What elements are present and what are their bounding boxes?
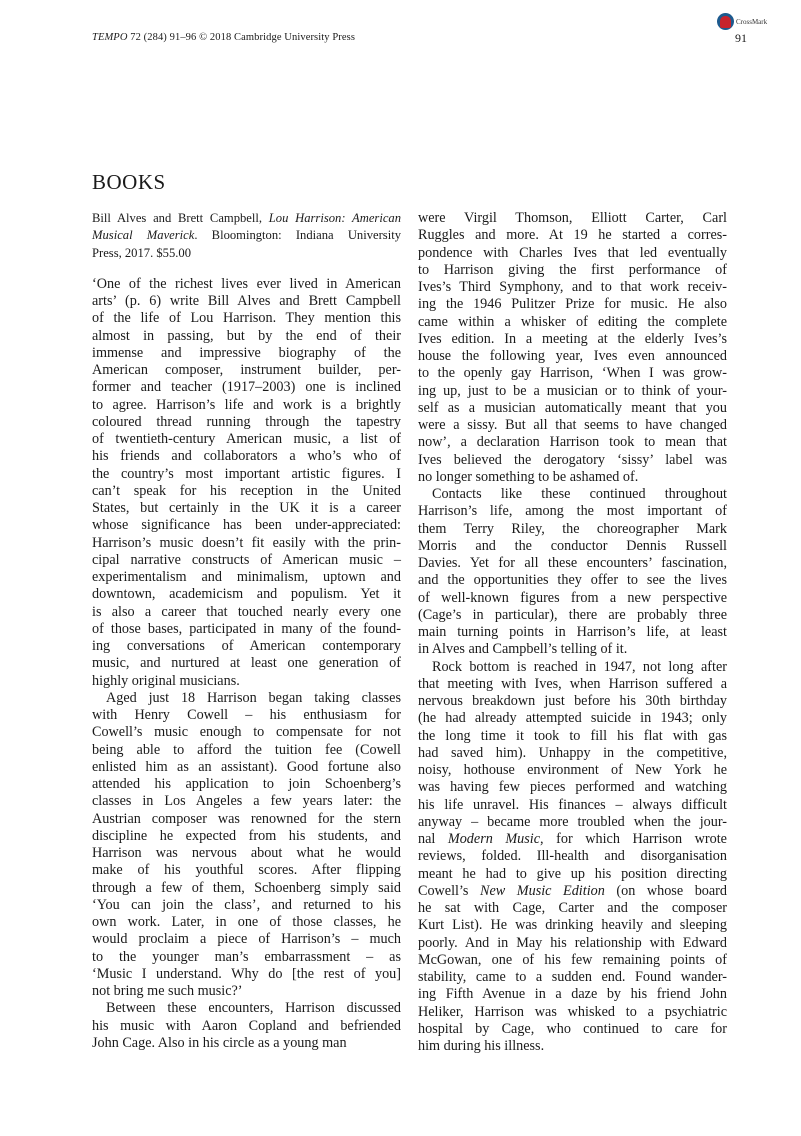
text-line: that meeting with Ives, when Harrison su…	[418, 676, 727, 693]
text-line: almost in passing, but by the end of the…	[92, 328, 401, 345]
text-line: nal Modern Music, for which Harrison wro…	[418, 831, 727, 848]
book-citation: Bill Alves and Brett Campbell, Lou Harri…	[92, 210, 401, 262]
text-line: ‘You can join the class’, and returned t…	[92, 897, 401, 914]
text-line: discipline he expected from his students…	[92, 828, 401, 845]
paragraph: Aged just 18 Harrison began taking class…	[92, 690, 401, 1001]
text-line: of twentieth-century American music, a l…	[92, 431, 401, 448]
text-line: Harrison was nervous about what he would	[92, 845, 401, 862]
text-line: classes in Los Angeles a few years later…	[92, 793, 401, 810]
text-line: now’, a declaration Harrison took to mea…	[418, 434, 727, 451]
crossmark-badge[interactable]: CrossMark	[717, 13, 767, 30]
text-line: would proclaim a piece of Harrison’s – m…	[92, 931, 401, 948]
text-line: of well-known figures from a new perspec…	[418, 590, 727, 607]
text-line: his life unravel. His finances – always …	[418, 797, 727, 814]
text-line: Harrison’s music doesn’t fit easily with…	[92, 535, 401, 552]
right-column-body: were Virgil Thomson, Elliott Carter, Car…	[418, 210, 727, 1055]
text-line: of those bases, participated in many of …	[92, 621, 401, 638]
text-line: former and teacher (1917–2003) one is in…	[92, 379, 401, 396]
text-line: the long time it took to fill his flat w…	[418, 728, 727, 745]
text-line: ing the 1946 Pulitzer Prize for music. H…	[418, 296, 727, 313]
text-line: nervous breakdown just before his 30th b…	[418, 693, 727, 710]
text-line: Harrison’s life, among the most importan…	[418, 503, 727, 520]
text-line: Aged just 18 Harrison began taking class…	[92, 690, 401, 707]
italic-title: Lou Harrison: American	[269, 211, 401, 225]
text-line: were a sissy. But all that seems to have…	[418, 417, 727, 434]
text-line: poorly. And in May his relationship with…	[418, 935, 727, 952]
journal-citation: 72 (284) 91–96 © 2018 Cambridge Universi…	[128, 32, 356, 43]
paragraph: Rock bottom is reached in 1947, not long…	[418, 659, 727, 1056]
italic-title: Modern Music	[448, 831, 540, 847]
text-line: the country’s most important artistic fi…	[92, 466, 401, 483]
text-line: Ives’s Third Symphony, and to that work …	[418, 279, 727, 296]
running-head: TEMPO 72 (284) 91–96 © 2018 Cambridge Un…	[92, 32, 355, 43]
citation-line: Musical Maverick. Bloomington: Indiana U…	[92, 227, 401, 244]
text-line: Ruggles and more. At 19 he started a cor…	[418, 227, 727, 244]
italic-title: New Music Edition	[480, 883, 605, 899]
text-line: Cowell’s music enough to compensate for …	[92, 724, 401, 741]
text-line: Cowell’s New Music Edition (on whose boa…	[418, 883, 727, 900]
text-line: McGowan, one of his few remaining points…	[418, 952, 727, 969]
text-line: noisy, hothouse environment of New York …	[418, 762, 727, 779]
text-line: to the younger man’s embarrassment – as	[92, 949, 401, 966]
text-line: of the life of Lou Harrison. They mentio…	[92, 310, 401, 327]
text-line: coloured thread running through the tape…	[92, 414, 401, 431]
citation-line: Bill Alves and Brett Campbell, Lou Harri…	[92, 210, 401, 227]
text-line: experimentalism and minimalism, uptown a…	[92, 569, 401, 586]
text-line: hospital by Cage, who continued to care …	[418, 1021, 727, 1038]
text-line: main turning points in Harrison’s life, …	[418, 624, 727, 641]
text-line: stability, came to a sudden end. Found w…	[418, 969, 727, 986]
text-line: not bring me such music?’	[92, 983, 401, 1000]
text-line: Heliker, Harrison was whisked to a psych…	[418, 1004, 727, 1021]
left-column: Bill Alves and Brett Campbell, Lou Harri…	[92, 210, 401, 1052]
text-line: them Terry Riley, the choreographer Mark	[418, 521, 727, 538]
page-number: 91	[735, 31, 747, 46]
right-column: were Virgil Thomson, Elliott Carter, Car…	[418, 210, 727, 1055]
text-line: Austrian composer was renowned for the s…	[92, 811, 401, 828]
text-line: ing Fifth Avenue in a daze by his friend…	[418, 986, 727, 1003]
text-line: him during his illness.	[418, 1038, 727, 1055]
text-line: being able to afford the tuition fee (Co…	[92, 742, 401, 759]
text-line: Morris and the conductor Dennis Russell	[418, 538, 727, 555]
paragraph: Between these encounters, Harrison discu…	[92, 1000, 401, 1052]
text-line: Kurt List). He was drinking heavily and …	[418, 917, 727, 934]
text-line: States, but certainly in the UK it is a …	[92, 500, 401, 517]
text-line: downtown, academicism and populism. Yet …	[92, 586, 401, 603]
section-title: BOOKS	[92, 170, 166, 195]
text-line: Between these encounters, Harrison discu…	[92, 1000, 401, 1017]
text-line: his music with Aaron Copland and befrien…	[92, 1018, 401, 1035]
text-line: reviews, folded. Ill-health and disorgan…	[418, 848, 727, 865]
text-line: in Alves and Campbell’s telling of it.	[418, 641, 727, 658]
text-line: to Harrison giving the first performance…	[418, 262, 727, 279]
text-line: is also a career that touched nearly eve…	[92, 604, 401, 621]
text-line: ‘Music I understand. Why do [the rest of…	[92, 966, 401, 983]
text-line: make of his youthful scores. After flipp…	[92, 862, 401, 879]
text-line: Ives believed the derogatory ‘sissy’ lab…	[418, 452, 727, 469]
text-line: Contacts like these continued throughout	[418, 486, 727, 503]
text-line: immense and impressive biography of the	[92, 345, 401, 362]
text-line: and the opportunities they offer to see …	[418, 572, 727, 589]
text-line: can’t speak for his reception in the Uni…	[92, 483, 401, 500]
text-line: to the openly gay Harrison, ‘When I was …	[418, 365, 727, 382]
paragraph: were Virgil Thomson, Elliott Carter, Car…	[418, 210, 727, 486]
left-column-body: ‘One of the richest lives ever lived in …	[92, 276, 401, 1052]
text-line: ing conversations of American contempora…	[92, 638, 401, 655]
text-line: pondence with Charles Ives that led even…	[418, 245, 727, 262]
crossmark-label: CrossMark	[736, 18, 767, 26]
journal-name: TEMPO	[92, 32, 128, 43]
text-line: was having few pieces performed and watc…	[418, 779, 727, 796]
text-line: ‘One of the richest lives ever lived in …	[92, 276, 401, 293]
text-line: American composer, instrument builder, p…	[92, 362, 401, 379]
paragraph: Contacts like these continued throughout…	[418, 486, 727, 659]
text-line: his friends and collaborators a who’s wh…	[92, 448, 401, 465]
citation-line: Press, 2017. $55.00	[92, 245, 401, 262]
text-line: he sat with Cage, Carter and the compose…	[418, 900, 727, 917]
text-line: Davies. Yet for all these encounters’ fa…	[418, 555, 727, 572]
crossmark-icon	[717, 13, 734, 30]
text-line: ing up, just to be a musician or to thin…	[418, 383, 727, 400]
text-line: attended his application to join Schoenb…	[92, 776, 401, 793]
text-line: (Cage’s in particular), there are probab…	[418, 607, 727, 624]
text-line: arts’ (p. 6) write Bill Alves and Brett …	[92, 293, 401, 310]
text-line: own work. Later, in one of those classes…	[92, 914, 401, 931]
text-line: no longer something to be ashamed of.	[418, 469, 727, 486]
text-line: had saved him). Unhappy in the competiti…	[418, 745, 727, 762]
text-line: with Henry Cowell – his enthusiasm for	[92, 707, 401, 724]
text-line: to agree. Harrison’s life and work is a …	[92, 397, 401, 414]
text-line: highly original musicians.	[92, 673, 401, 690]
text-line: John Cage. Also in his circle as a young…	[92, 1035, 401, 1052]
text-line: whose significance has been under-apprec…	[92, 517, 401, 534]
text-line: house the following year, Ives even anno…	[418, 348, 727, 365]
paragraph: ‘One of the richest lives ever lived in …	[92, 276, 401, 690]
text-line: anyway – became more troubled when the j…	[418, 814, 727, 831]
text-line: through a few of them, Schoenberg simply…	[92, 880, 401, 897]
text-line: (he had already attempted suicide in 194…	[418, 710, 727, 727]
italic-title: Musical Maverick	[92, 228, 194, 242]
text-line: meant he had to give up his position dir…	[418, 866, 727, 883]
text-line: music, and nurtured at least one generat…	[92, 655, 401, 672]
text-line: were Virgil Thomson, Elliott Carter, Car…	[418, 210, 727, 227]
text-line: Rock bottom is reached in 1947, not long…	[418, 659, 727, 676]
text-line: enlisted him as an assistant). Good fort…	[92, 759, 401, 776]
text-line: cipal narrative constructs of American m…	[92, 552, 401, 569]
text-line: came within a whisker of editing the com…	[418, 314, 727, 331]
text-line: self as a musician automatically meant t…	[418, 400, 727, 417]
text-line: Ives edition. In a meeting at the elderl…	[418, 331, 727, 348]
